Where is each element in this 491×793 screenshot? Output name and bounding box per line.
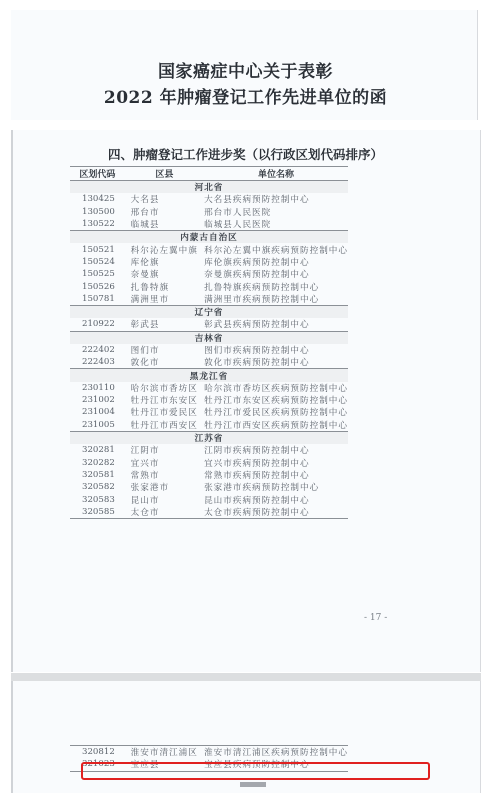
cell-unit: 奈曼旗疾病预防控制中心 [204, 268, 348, 280]
table-row: 231002牡丹江市东安区牡丹江市东安区疾病预防控制中心 [70, 394, 348, 406]
cell-unit: 牡丹江市爱民区疾病预防控制中心 [204, 406, 348, 418]
province-name: 吉林省 [70, 331, 348, 344]
header-unit: 单位名称 [204, 167, 348, 181]
table-row: 320582张家港市张家港市疾病预防控制中心 [70, 481, 348, 493]
cell-unit: 图们市疾病预防控制中心 [204, 344, 348, 356]
cell-unit: 牡丹江市西安区疾病预防控制中心 [204, 419, 348, 432]
cell-code: 130522 [70, 218, 125, 231]
cell-unit: 牡丹江市东安区疾病预防控制中心 [204, 394, 348, 406]
cut-off-text [240, 782, 266, 787]
cell-county: 库伦旗 [125, 256, 204, 268]
province-row: 内蒙古自治区 [70, 231, 348, 244]
cell-unit: 宜兴市疾病预防控制中心 [204, 457, 348, 469]
province-row: 吉林省 [70, 331, 348, 344]
cell-code: 210922 [70, 318, 125, 331]
cell-county: 邢台市 [125, 206, 204, 218]
table-row: 150525奈曼旗奈曼旗疾病预防控制中心 [70, 268, 348, 280]
table-row: 320581常熟市常熟市疾病预防控制中心 [70, 469, 348, 481]
cell-code: 320581 [70, 469, 125, 481]
cell-county: 满洲里市 [125, 293, 204, 306]
cell-county: 常熟市 [125, 469, 204, 481]
cell-unit: 彰武县疾病预防控制中心 [204, 318, 348, 331]
cell-unit: 临城县人民医院 [204, 218, 348, 231]
cell-county: 宜兴市 [125, 457, 204, 469]
award-table-body: 河北省130425大名县大名县疾病预防控制中心130500邢台市邢台市人民医院1… [70, 181, 348, 519]
cell-code: 222403 [70, 356, 125, 369]
cell-code: 320282 [70, 457, 125, 469]
cell-code: 150521 [70, 243, 125, 255]
cell-code: 231005 [70, 419, 125, 432]
cell-county: 太仓市 [125, 506, 204, 519]
table-row: 130425大名县大名县疾病预防控制中心 [70, 193, 348, 205]
province-name: 江苏省 [70, 431, 348, 444]
cell-county: 临城县 [125, 218, 204, 231]
cell-code: 231002 [70, 394, 125, 406]
document-title-line2: 2022 年肿瘤登记工作先进单位的函 [0, 83, 491, 108]
cell-unit: 哈尔滨市香坊区疾病预防控制中心 [204, 382, 348, 394]
header-county: 区县 [125, 167, 204, 181]
highlight-annotation-box [81, 762, 430, 780]
cell-code: 222402 [70, 344, 125, 356]
table-row: 210922彰武县彰武县疾病预防控制中心 [70, 318, 348, 331]
cell-county: 江阴市 [125, 444, 204, 456]
cell-unit: 江阴市疾病预防控制中心 [204, 444, 348, 456]
table-row: 231004牡丹江市爱民区牡丹江市爱民区疾病预防控制中心 [70, 406, 348, 418]
province-name: 黑龙江省 [70, 369, 348, 382]
table-row: 130522临城县临城县人民医院 [70, 218, 348, 231]
table-row: 320282宜兴市宜兴市疾病预防控制中心 [70, 457, 348, 469]
cell-code: 230110 [70, 382, 125, 394]
cell-unit: 扎鲁特旗疾病预防控制中心 [204, 280, 348, 292]
table-row: 320585太仓市太仓市疾病预防控制中心 [70, 506, 348, 519]
cell-unit: 昆山市疾病预防控制中心 [204, 493, 348, 505]
table-row: 320281江阴市江阴市疾病预防控制中心 [70, 444, 348, 456]
cell-code: 320585 [70, 506, 125, 519]
cell-code: 150524 [70, 256, 125, 268]
table-row: 150781满洲里市满洲里市疾病预防控制中心 [70, 293, 348, 306]
table-row: 222402图们市图们市疾病预防控制中心 [70, 344, 348, 356]
cell-county: 牡丹江市东安区 [125, 394, 204, 406]
cell-unit: 科尔沁左翼中旗疾病预防控制中心 [204, 243, 348, 255]
cell-county: 牡丹江市爱民区 [125, 406, 204, 418]
table-row: 130500邢台市邢台市人民医院 [70, 206, 348, 218]
page-number: - 17 - [364, 613, 387, 623]
cell-code: 320281 [70, 444, 125, 456]
award-table: 区划代码 区县 单位名称 河北省130425大名县大名县疾病预防控制中心1305… [70, 166, 348, 519]
header-code: 区划代码 [70, 167, 125, 181]
cell-unit: 张家港市疾病预防控制中心 [204, 481, 348, 493]
province-name: 河北省 [70, 181, 348, 194]
cell-unit: 邢台市人民医院 [204, 206, 348, 218]
cell-county: 科尔沁左翼中旗 [125, 243, 204, 255]
province-row: 河北省 [70, 181, 348, 194]
cell-unit: 库伦旗疾病预防控制中心 [204, 256, 348, 268]
cell-county: 敦化市 [125, 356, 204, 369]
province-name: 辽宁省 [70, 305, 348, 318]
table-row: 150526扎鲁特旗扎鲁特旗疾病预防控制中心 [70, 280, 348, 292]
cell-unit: 淮安市清江浦区疾病预防控制中心 [204, 746, 348, 759]
province-row: 江苏省 [70, 431, 348, 444]
cell-code: 150781 [70, 293, 125, 306]
cell-code: 320582 [70, 481, 125, 493]
table-row: 150521科尔沁左翼中旗科尔沁左翼中旗疾病预防控制中心 [70, 243, 348, 255]
cell-unit: 大名县疾病预防控制中心 [204, 193, 348, 205]
cell-unit: 满洲里市疾病预防控制中心 [204, 293, 348, 306]
page-separator [11, 673, 481, 681]
cell-code: 150525 [70, 268, 125, 280]
cell-code: 231004 [70, 406, 125, 418]
cell-unit: 常熟市疾病预防控制中心 [204, 469, 348, 481]
cell-county: 彰武县 [125, 318, 204, 331]
cell-code: 130425 [70, 193, 125, 205]
cell-code: 130500 [70, 206, 125, 218]
document-title-line1: 国家癌症中心关于表彰 [0, 57, 491, 82]
table-row: 230110哈尔滨市香坊区哈尔滨市香坊区疾病预防控制中心 [70, 382, 348, 394]
cell-county: 大名县 [125, 193, 204, 205]
cell-code: 320583 [70, 493, 125, 505]
cell-code: 320812 [70, 746, 125, 759]
cell-county: 奈曼旗 [125, 268, 204, 280]
cell-county: 图们市 [125, 344, 204, 356]
province-row: 黑龙江省 [70, 369, 348, 382]
cell-county: 牡丹江市西安区 [125, 419, 204, 432]
cell-unit: 敦化市疾病预防控制中心 [204, 356, 348, 369]
cell-code: 150526 [70, 280, 125, 292]
table-row: 222403敦化市敦化市疾病预防控制中心 [70, 356, 348, 369]
cell-county: 淮安市清江浦区 [125, 746, 204, 759]
table-row: 150524库伦旗库伦旗疾病预防控制中心 [70, 256, 348, 268]
table-header-row: 区划代码 区县 单位名称 [70, 167, 348, 181]
cell-county: 张家港市 [125, 481, 204, 493]
table-row: 231005牡丹江市西安区牡丹江市西安区疾病预防控制中心 [70, 419, 348, 432]
province-row: 辽宁省 [70, 305, 348, 318]
section-title: 四、肿瘤登记工作进步奖（以行政区划代码排序） [0, 145, 491, 163]
table-row: 320812淮安市清江浦区淮安市清江浦区疾病预防控制中心 [70, 746, 348, 759]
province-name: 内蒙古自治区 [70, 231, 348, 244]
cell-county: 哈尔滨市香坊区 [125, 382, 204, 394]
cell-unit: 太仓市疾病预防控制中心 [204, 506, 348, 519]
table-row: 320583昆山市昆山市疾病预防控制中心 [70, 493, 348, 505]
cell-county: 昆山市 [125, 493, 204, 505]
cell-county: 扎鲁特旗 [125, 280, 204, 292]
